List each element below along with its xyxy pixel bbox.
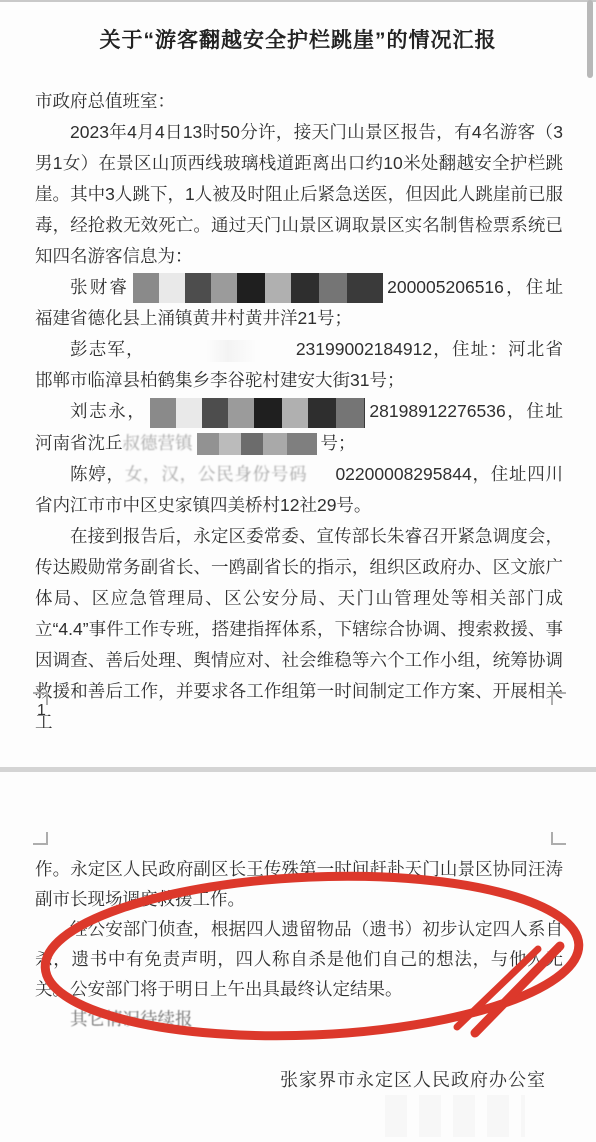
text-boundary-mark [33, 832, 48, 845]
text-boundary-mark [551, 832, 566, 845]
page-number: 1 [37, 702, 46, 720]
para-finding: 经公安部门侦查，根据四人遗留物品（遗书）初步认定四人系自杀，遗书中有免责声明，四… [35, 914, 563, 1004]
photo-top-edge [0, 0, 596, 2]
tourist-entry-1: 张财睿200005206516，住址福建省德化县上涌镇黄井村黄井洋21号； [35, 272, 563, 334]
tourist-name: 张财睿 [70, 277, 129, 297]
para-response: 在接到报告后，永定区委常委、宣传部长朱睿召开紧急调度会，传达殿勋常务副省长、一鸥… [35, 521, 563, 738]
redaction-blank [148, 340, 293, 362]
para-continue: 作。永定区人民政府副区长王传殊第一时间赶赴天门山景区协同汪涛副市长现场调度救援工… [35, 854, 563, 914]
page-title: 关于“游客翻越安全护栏跳崖”的情况汇报 [0, 24, 596, 54]
tourist-address-tail: 号； [321, 433, 356, 453]
faded-id-label: 女，汉，公民身份号码 [125, 464, 308, 484]
page-divider [0, 767, 596, 772]
tourist-name: 刘志永， [70, 401, 146, 421]
para-incident: 2023年4月4日13时50分许，接天门山景区报告，有4名游客（3男1女）在景区… [35, 117, 563, 272]
text-boundary-mark [551, 692, 566, 705]
signature: 张家界市永定区人民政府办公室 [280, 1066, 546, 1092]
tourist-name: 陈婷， [70, 464, 125, 484]
salutation: 市政府总值班室： [35, 86, 563, 117]
tourist-entry-3: 刘志永，28198912276536，住址河南省沈丘叔德营镇号； [35, 396, 563, 458]
tourist-name: 彭志军， [70, 339, 145, 359]
tourist-entry-2: 彭志军，23199002184912，住址：河北省邯郸市临漳县柏鹤集乡李谷驼村建… [35, 334, 563, 396]
blurred-address-text: 叔德营镇 [123, 433, 193, 453]
page2-body: 作。永定区人民政府副区长王传殊第一时间赶赴天门山景区协同汪涛副市长现场调度救援工… [35, 854, 563, 1034]
tourist-entry-4: 陈婷，女，汉，公民身份号码02200008295844，住址四川省内江市市中区史… [35, 459, 563, 521]
page1-body: 市政府总值班室： 2023年4月4日13时50分许，接天门山景区报告，有4名游客… [35, 86, 563, 738]
faint-watermark [385, 1095, 525, 1137]
redaction-mosaic [197, 433, 317, 455]
redaction-mosaic [133, 273, 383, 303]
redaction-mosaic [150, 398, 365, 428]
para-pending: 其它情况待续报 [35, 1004, 563, 1034]
